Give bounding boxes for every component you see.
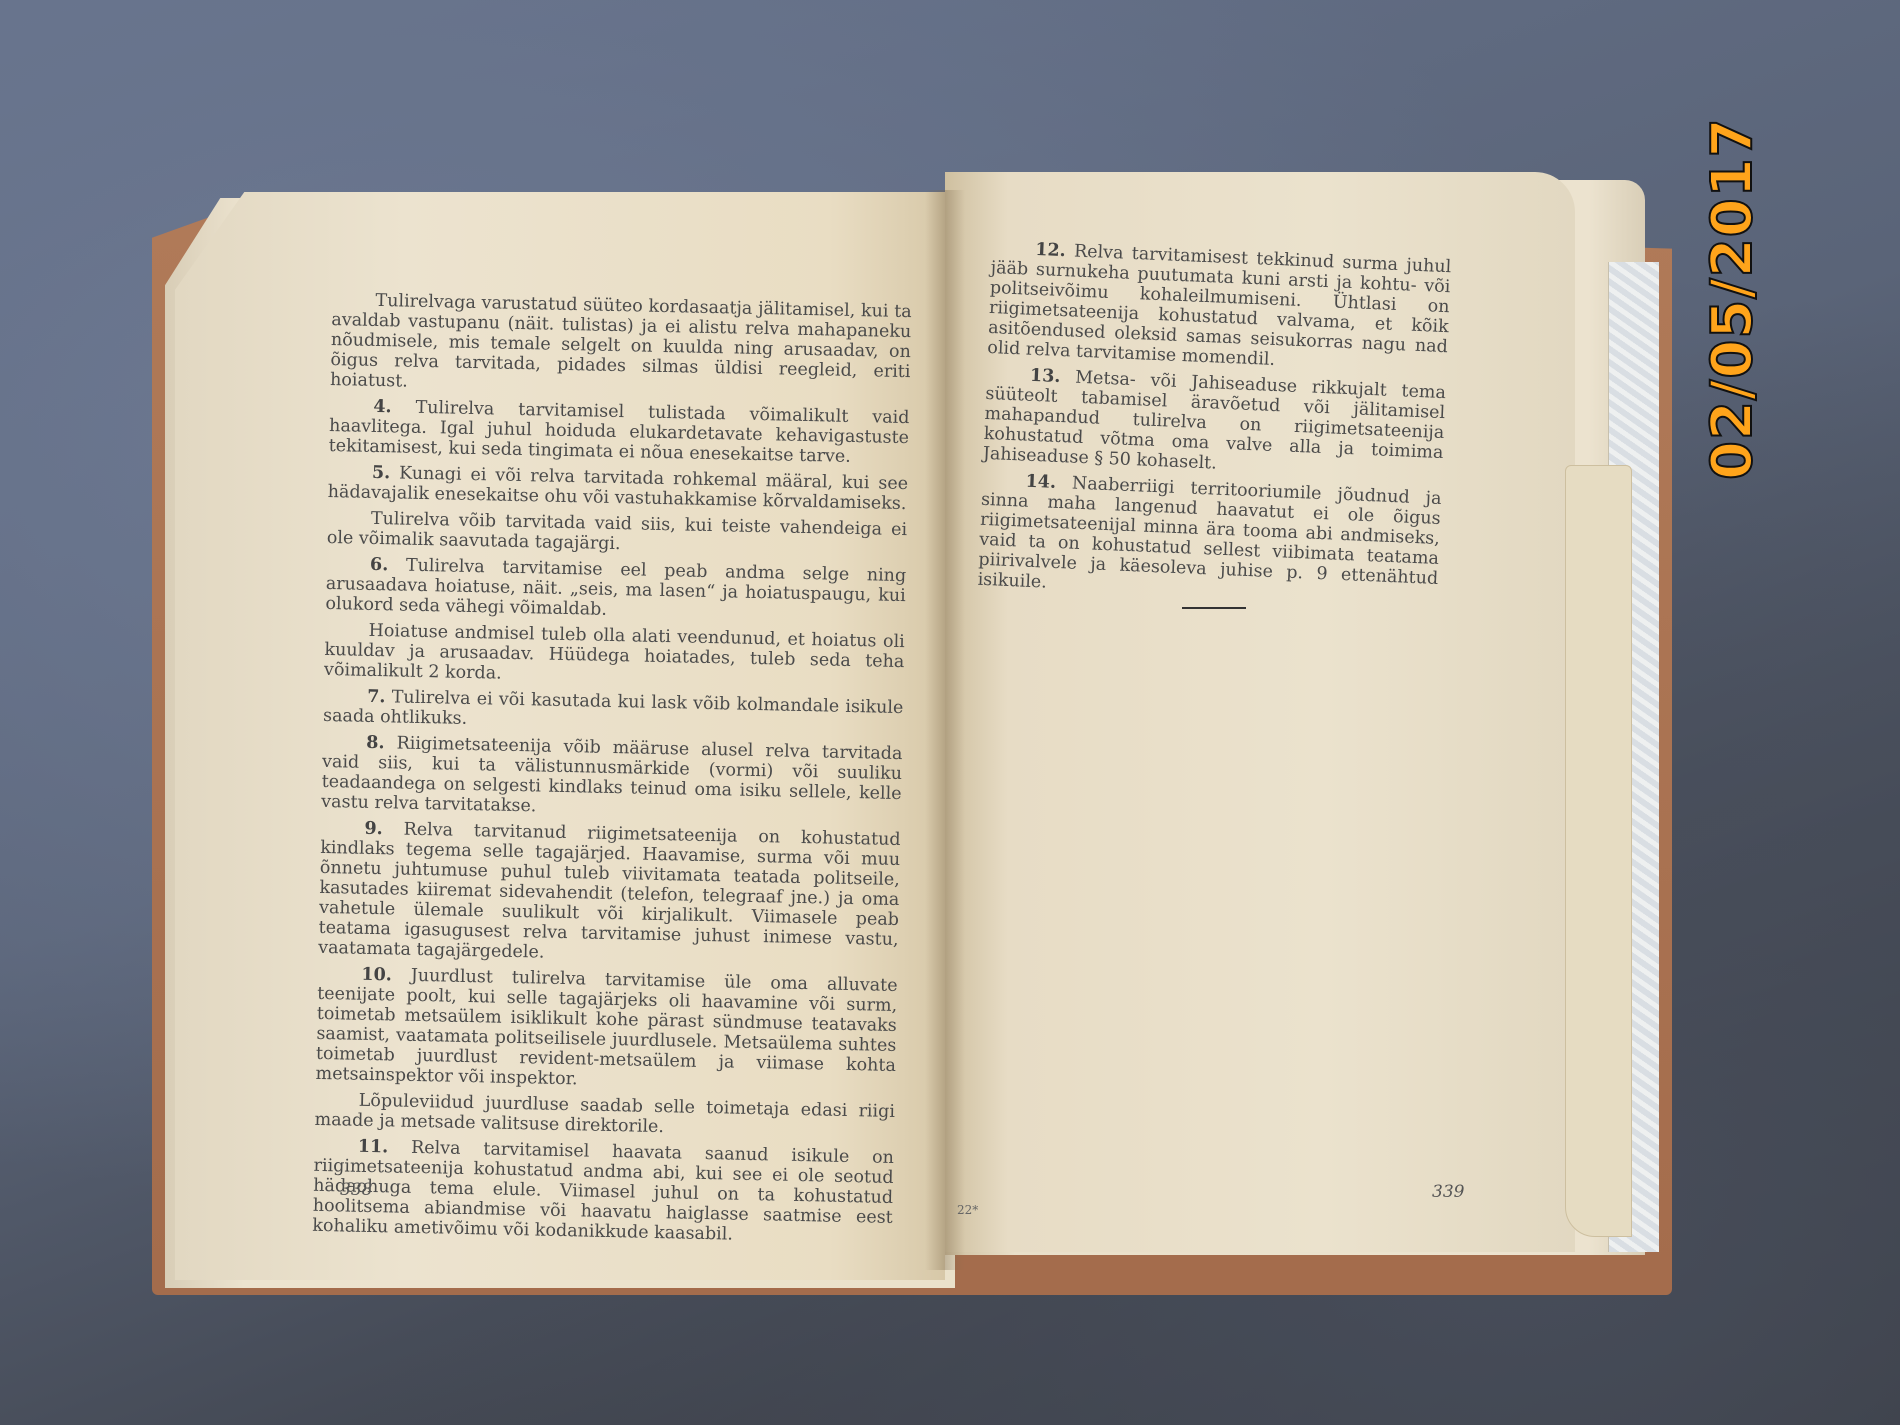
left-page-text: Tulirelvaga varustatud süüteo kordasaatj… [312,290,912,1254]
paragraph: 7. Tulirelva ei või kasutada kui lask võ… [323,686,904,738]
paragraph: 13. Metsa- või Jahiseaduse rikkujalt tem… [983,364,1447,483]
paragraph: Tulirelva võib tarvitada vaid siis, kui … [327,508,908,560]
right-page-text: 12. Relva tarvitamisest tekkinud surma j… [977,238,1452,615]
paragraph: 8. Riigimetsateenija võib määruse alusel… [321,732,903,824]
paragraph: 11. Relva tarvitamisel haavata saanud is… [312,1136,894,1248]
paragraph: 14. Naaberriigi territooriumile jõudnud … [977,470,1442,609]
paragraph: 5. Kunagi ei või relva tarvitada rohkema… [328,462,909,514]
book-gutter [925,190,965,1270]
paragraph: 12. Relva tarvitamisest tekkinud surma j… [987,238,1452,377]
page-number-left: 338 [340,1180,372,1200]
signature-mark: 22* [957,1203,978,1217]
paragraph: 6. Tulirelva tarvitamise eel peab andma … [325,554,906,626]
paragraph: Lõpuleviidud juurdluse saadab selle toim… [314,1090,895,1142]
paragraph: 10. Juurdlust tulirelva tarvitamise üle … [315,964,897,1096]
section-divider-line [1182,607,1246,609]
paragraph: 4. Tulirelva tarvitamisel tulistada võim… [329,396,910,468]
date-stamp: 02/05/2017 [1700,117,1765,480]
bookmark-slip [1565,465,1632,1237]
page-number-right: 339 [1432,1182,1464,1202]
paragraph: Hoiatuse andmisel tuleb olla alati veend… [324,620,905,692]
paragraph: Tulirelvaga varustatud süüteo kordasaatj… [330,290,912,402]
paragraph: 9. Relva tarvitanud riigimetsateenija on… [318,818,901,970]
